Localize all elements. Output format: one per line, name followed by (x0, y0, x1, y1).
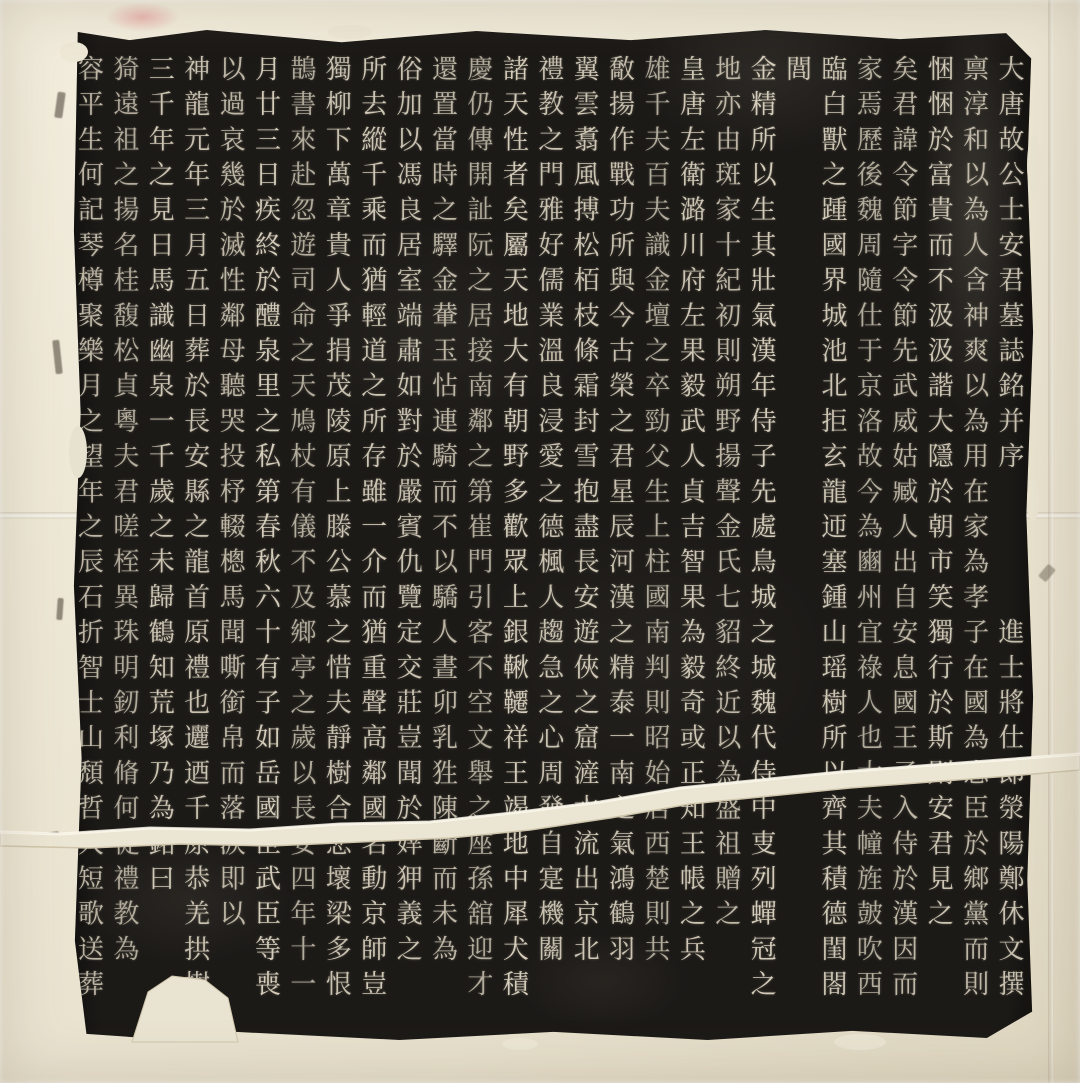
margin-ink-mark (54, 92, 66, 119)
text-column-22: 以過哀幾於滅性鄰母聽哭投杼輟樬馬聞嘶銜帛而落淚即以 (212, 55, 247, 1040)
margin-ink-mark (56, 598, 64, 620)
text-column-11: 敿揚作戰功所與今古榮之君星辰河漢之精泰一南之氣鴻鶴羽 (601, 55, 636, 1040)
text-column-14: 諸天性者矣屬天地大有朝野多歡眾上銀鞦韆祥王竭地中犀犬積 (495, 55, 530, 1040)
inked-rubbing-field: 大唐故公士安君墓誌銘并序 進士將仕郎滎陽鄭休文撰禀淳和以為人含神爽以為用在家為孝… (72, 28, 1035, 1042)
text-column-15: 慶仍傳開訨阮之居接南鄰之第崔門引客不空文舉之座孫舘迎才 (460, 55, 495, 1040)
text-column-12: 翼雲翥風搏松栢枝條霜封雪抱盡長安遊俠之窟滻水流出京北 (566, 55, 601, 1040)
text-column-16: 還置當時之驛金輂玉怗連騎而不以驕人晝卯乳狌陳斷而未為 (424, 55, 459, 1040)
text-column-23: 神龍元年三月五日葬於長安縣之龍首原禮也邐迺千原恭羌拱樹 (176, 55, 211, 1040)
right-margin-crease (1048, 0, 1053, 1083)
text-column-6: 臨白獸之踵國界城池北拒玄龍迊塞鍾山瑶樹所以齊其積德閨閤閭 (778, 55, 849, 1040)
text-column-20: 鵲書來赴忽遊司命之天鳩杖有儀不及鄉亭之歲以長安四年十一 (282, 55, 317, 1040)
text-column-1: 大唐故公士安君墓誌銘并序 進士將仕郎滎陽鄭休文撰 (991, 55, 1026, 1040)
text-column-9: 皇唐左衛潞川府左果毅武人貞吉智果為毅奇或正知王帳之兵 (672, 55, 707, 1040)
text-column-24: 三千年之見日馬識幽泉一千歲之未歸鶴知荒塚乃為銘曰 (141, 55, 176, 1040)
text-column-17: 俗加以馮良居室端肅如對於嚴賓仇覽定交莊豈聞於婞狎義之 (389, 55, 424, 1040)
text-column-10: 雄千夫百夫識金壇之卒勁父生上柱國南判則昭始居西楚則共 (637, 55, 672, 1040)
pink-smudge (105, 2, 180, 32)
text-column-3: 悃悃於富貴而不汲汲諧大隱於朝市笑獨行於斯則安君見之 (920, 55, 955, 1040)
rubbing-photo: 大唐故公士安君墓誌銘并序 進士將仕郎滎陽鄭休文撰禀淳和以為人含神爽以為用在家為孝… (0, 0, 1080, 1083)
text-column-19: 獨柳下萬章貴人爭捐茂陵原上滕公慕之惜夫靜樹合悲壞梁多恨 (318, 55, 353, 1040)
text-column-8: 地亦由斑家十紀初則朔野揚聲金氏七貂終近以為盛祖贈之 (707, 55, 742, 1040)
text-column-5: 家焉歷後魏周隨仕于京洛故今為豳州宜祿人也大夫幢旌皷吹西 (849, 55, 884, 1040)
epitaph-text-columns: 大唐故公士安君墓誌銘并序 進士將仕郎滎陽鄭休文撰禀淳和以為人含神爽以為用在家為孝… (35, 55, 1026, 1040)
text-column-7: 金精所以生其壯氣漢年侍子先處鳥城之城魏代侍中叓列蟬冠之 (743, 55, 778, 1040)
text-column-26: 容平生何記琴樽聚樂月之望年之辰石折智士山頹哲人短歌送葬 (70, 55, 105, 1040)
margin-ink-mark (52, 340, 63, 375)
text-column-18: 所去縱千乘而猶輕道之所存雖一介而猶重聲高鄰國名動京師豈 (353, 55, 388, 1040)
text-column-13: 禮教之門雅好儒業溫良浸愛之德楓人趨急之心周發自寔機關 (530, 55, 565, 1040)
text-column-4: 矣君諱令節字令節先武威姑臧人出自安息國王子入侍於漢因而 (884, 55, 919, 1040)
text-column-27: 長笛哀都塤橫鳳緌塚次龍鱗夜臺長夜不我春渤海石抱辟書 (35, 55, 70, 1040)
text-column-2: 禀淳和以為人含神爽以為用在家為孝子在國為忠臣於鄉黨而則 (955, 55, 990, 1040)
text-column-25: 猗遠祖之揚名桂馥松貞粵夫君嗟桎異珠明釰利脩何從禮教為 (105, 55, 140, 1040)
margin-ink-mark (1038, 564, 1056, 583)
margin-ink-mark (41, 831, 60, 843)
text-column-21: 月廿三日疾終於醴泉里之私第春秋六十有子如岳國臣武臣等喪 (247, 55, 282, 1040)
